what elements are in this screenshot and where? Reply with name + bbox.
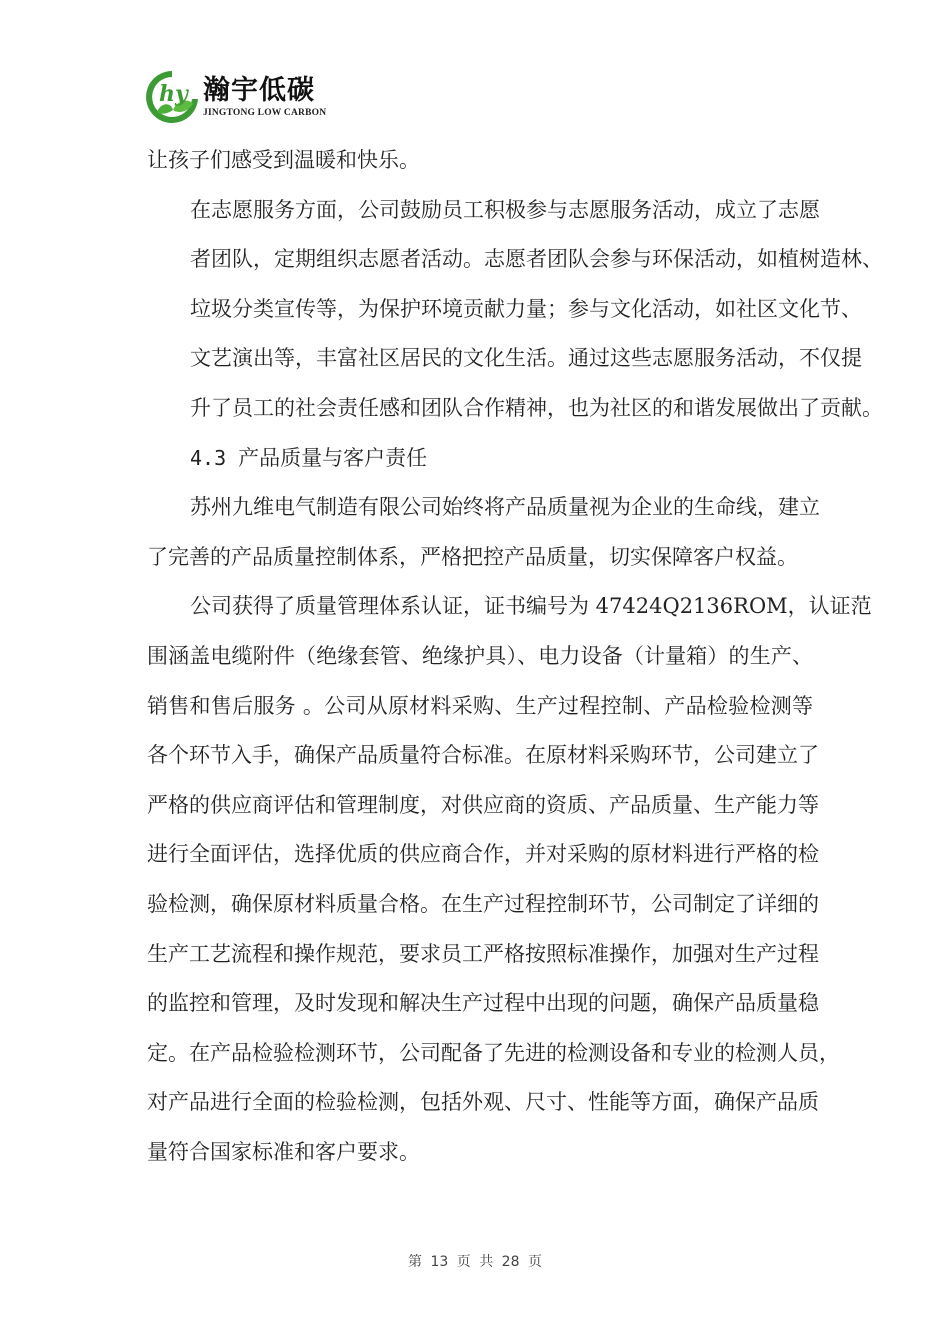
document-page: hy 瀚宇低碳 JINGTONG LOW CARBON 让孩子们感受到温暖和快乐… xyxy=(0,0,950,1343)
text-line: 公司获得了质量管理体系认证，证书编号为 47424Q2136ROM，认证范 xyxy=(147,582,813,632)
text-line: 进行全面评估，选择优质的供应商合作，并对采购的原材料进行严格的检 xyxy=(147,830,813,880)
paragraph-certification: 公司获得了质量管理体系认证，证书编号为 47424Q2136ROM，认证范 围涵… xyxy=(147,582,813,1177)
page-middle: 页 共 xyxy=(457,1254,493,1270)
text-line: 垃圾分类宣传等，为保护环境贡献力量；参与文化活动，如社区文化节、 xyxy=(147,285,813,335)
page-prefix: 第 xyxy=(408,1254,422,1270)
text-line: 严格的供应商评估和管理制度，对供应商的资质、产品质量、生产能力等 xyxy=(147,781,813,831)
text-line: 生产工艺流程和操作规范，要求员工严格按照标准操作，加强对生产过程 xyxy=(147,930,813,980)
text-line: 让孩子们感受到温暖和快乐。 xyxy=(147,136,813,186)
paragraph-continuation: 让孩子们感受到温暖和快乐。 xyxy=(147,136,813,186)
paragraph-volunteer-service: 在志愿服务方面，公司鼓励员工积极参与志愿服务活动，成立了志愿 者团队，定期组织志… xyxy=(147,186,813,434)
text-line: 量符合国家标准和客户要求。 xyxy=(147,1128,813,1178)
section-number: 4.3 xyxy=(190,446,226,470)
text-line: 定。在产品检验检测环节，公司配备了先进的检测设备和专业的检测人员， xyxy=(147,1029,813,1079)
logo-text: 瀚宇低碳 JINGTONG LOW CARBON xyxy=(203,76,326,119)
svg-text:hy: hy xyxy=(159,81,190,107)
section-title: 产品质量与客户责任 xyxy=(238,446,427,470)
document-body: 让孩子们感受到温暖和快乐。 在志愿服务方面，公司鼓励员工积极参与志愿服务活动，成… xyxy=(147,136,813,1177)
current-page-number: 13 xyxy=(430,1254,448,1270)
text-line: 在志愿服务方面，公司鼓励员工积极参与志愿服务活动，成立了志愿 xyxy=(147,186,813,236)
text-line: 对产品进行全面的检验检测，包括外观、尺寸、性能等方面，确保产品质 xyxy=(147,1078,813,1128)
total-page-count: 28 xyxy=(502,1254,520,1270)
page-footer: 第 13 页 共 28 页 xyxy=(0,1251,950,1271)
company-logo: hy 瀚宇低碳 JINGTONG LOW CARBON xyxy=(143,66,326,128)
text-line: 者团队，定期组织志愿者活动。志愿者团队会参与环保活动，如植树造林、 xyxy=(147,235,813,285)
text-line: 验检测，确保原材料质量合格。在生产过程控制环节，公司制定了详细的 xyxy=(147,880,813,930)
text-line: 升了员工的社会责任感和团队合作精神，也为社区的和谐发展做出了贡献。 xyxy=(147,384,813,434)
logo-leaf-icon: hy xyxy=(143,68,201,126)
paragraph-quality-intro: 苏州九维电气制造有限公司始终将产品质量视为企业的生命线，建立 了完善的产品质量控… xyxy=(147,483,813,582)
page-suffix: 页 xyxy=(528,1254,542,1270)
text-line: 围涵盖电缆附件（绝缘套管、绝缘护具）、电力设备（计量箱）的生产、 xyxy=(147,632,813,682)
text-line: 文艺演出等，丰富社区居民的文化生活。通过这些志愿服务活动，不仅提 xyxy=(147,334,813,384)
logo-name-en: JINGTONG LOW CARBON xyxy=(203,107,326,119)
section-heading: 4.3 产品质量与客户责任 xyxy=(147,434,813,484)
text-line: 各个环节入手，确保产品质量符合标准。在原材料采购环节，公司建立了 xyxy=(147,731,813,781)
text-line: 苏州九维电气制造有限公司始终将产品质量视为企业的生命线，建立 xyxy=(147,483,813,533)
logo-name-cn: 瀚宇低碳 xyxy=(203,76,326,106)
text-line: 的监控和管理，及时发现和解决生产过程中出现的问题，确保产品质量稳 xyxy=(147,979,813,1029)
text-line: 销售和售后服务 。公司从原材料采购、生产过程控制、产品检验检测等 xyxy=(147,682,813,732)
text-line: 了完善的产品质量控制体系，严格把控产品质量，切实保障客户权益。 xyxy=(147,533,813,583)
